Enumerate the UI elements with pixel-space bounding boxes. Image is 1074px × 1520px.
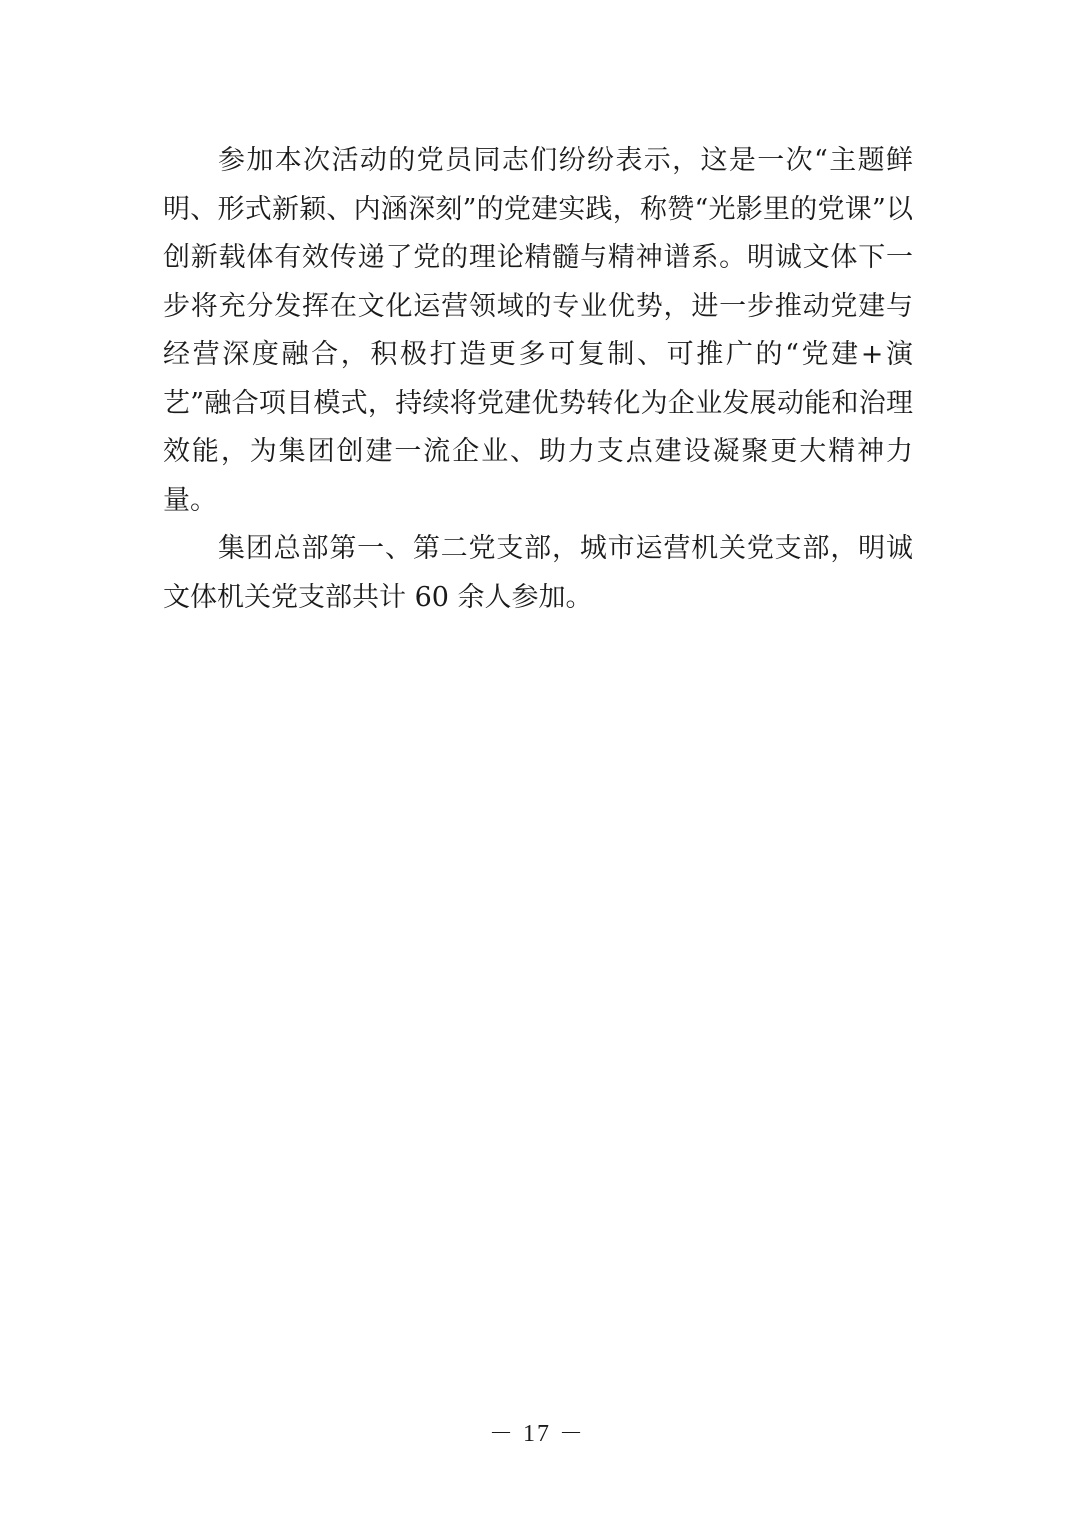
body-text: 参加本次活动的党员同志们纷纷表示，这是一次“主题鲜明、形式新颖、内涵深刻”的党建… — [163, 137, 913, 622]
paragraph-activity-feedback: 参加本次活动的党员同志们纷纷表示，这是一次“主题鲜明、形式新颖、内涵深刻”的党建… — [163, 137, 913, 525]
paragraph-participants: 集团总部第一、第二党支部，城市运营机关党支部，明诚文体机关党支部共计 60 余人… — [163, 525, 913, 622]
document-page: 参加本次活动的党员同志们纷纷表示，这是一次“主题鲜明、形式新颖、内涵深刻”的党建… — [0, 0, 1074, 1520]
page-number: － 17 － — [0, 1413, 1074, 1448]
